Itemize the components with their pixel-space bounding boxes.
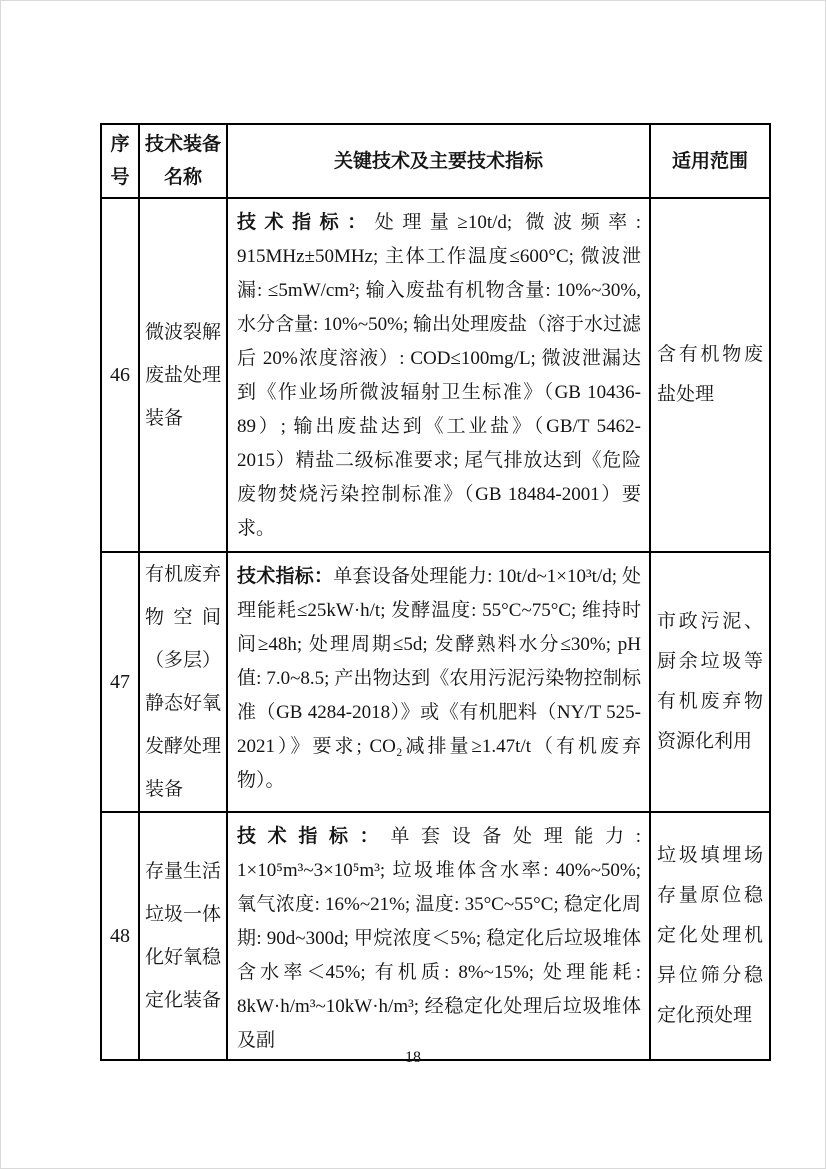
tech-spec-label: 技术指标： xyxy=(237,212,375,233)
table-row: 47 有机废弃物空间（多层）静态好氧发酵处理装备 技术指标：单套设备处理能力: … xyxy=(101,552,770,812)
row-number: 48 xyxy=(101,812,139,1060)
tech-spec-text: 处理量≥10t/d; 微波频率: 915MHz±50MHz; 主体工作温度≤60… xyxy=(237,212,641,539)
tech-spec-cell: 技术指标：单套设备处理能力: 10t/d~1×10³t/d; 处理能耗≤25kW… xyxy=(227,552,650,812)
equipment-name: 存量生活垃圾一体化好氧稳定化装备 xyxy=(139,812,227,1060)
tech-spec-cell: 技术指标：处理量≥10t/d; 微波频率: 915MHz±50MHz; 主体工作… xyxy=(227,198,650,552)
page-number: 18 xyxy=(1,1049,825,1067)
equipment-name: 有机废弃物空间（多层）静态好氧发酵处理装备 xyxy=(139,552,227,812)
table-header-row: 序号 技术装备名称 关键技术及主要技术指标 适用范围 xyxy=(101,124,770,198)
table-row: 48 存量生活垃圾一体化好氧稳定化装备 技术指标：单套设备处理能力: 1×10⁵… xyxy=(101,812,770,1060)
header-equipment-name: 技术装备名称 xyxy=(139,124,227,198)
row-number: 47 xyxy=(101,552,139,812)
header-key-tech-indicators: 关键技术及主要技术指标 xyxy=(227,124,650,198)
header-serial-number: 序号 xyxy=(101,124,139,198)
applicable-scope: 垃圾填埋场存量原位稳定化处理机异位筛分稳定化预处理 xyxy=(650,812,770,1060)
tech-spec-label: 技术指标： xyxy=(237,566,333,587)
header-applicable-scope: 适用范围 xyxy=(650,124,770,198)
document-page: 序号 技术装备名称 关键技术及主要技术指标 适用范围 46 微波裂解废盐处理装备… xyxy=(0,0,826,1169)
applicable-scope: 市政污泥、厨余垃圾等有机废弃物资源化利用 xyxy=(650,552,770,812)
tech-spec-text: 单套设备处理能力: 10t/d~1×10³t/d; 处理能耗≤25kW·h/t;… xyxy=(237,566,641,791)
tech-spec-label: 技术指标： xyxy=(237,826,390,847)
equipment-spec-table: 序号 技术装备名称 关键技术及主要技术指标 适用范围 46 微波裂解废盐处理装备… xyxy=(100,123,771,1061)
applicable-scope: 含有机物废盐处理 xyxy=(650,198,770,552)
equipment-name: 微波裂解废盐处理装备 xyxy=(139,198,227,552)
row-number: 46 xyxy=(101,198,139,552)
tech-spec-text: 单套设备处理能力: 1×10⁵m³~3×10⁵m³; 垃圾堆体含水率: 40%~… xyxy=(237,826,641,1051)
table-row: 46 微波裂解废盐处理装备 技术指标：处理量≥10t/d; 微波频率: 915M… xyxy=(101,198,770,552)
tech-spec-cell: 技术指标：单套设备处理能力: 1×10⁵m³~3×10⁵m³; 垃圾堆体含水率:… xyxy=(227,812,650,1060)
